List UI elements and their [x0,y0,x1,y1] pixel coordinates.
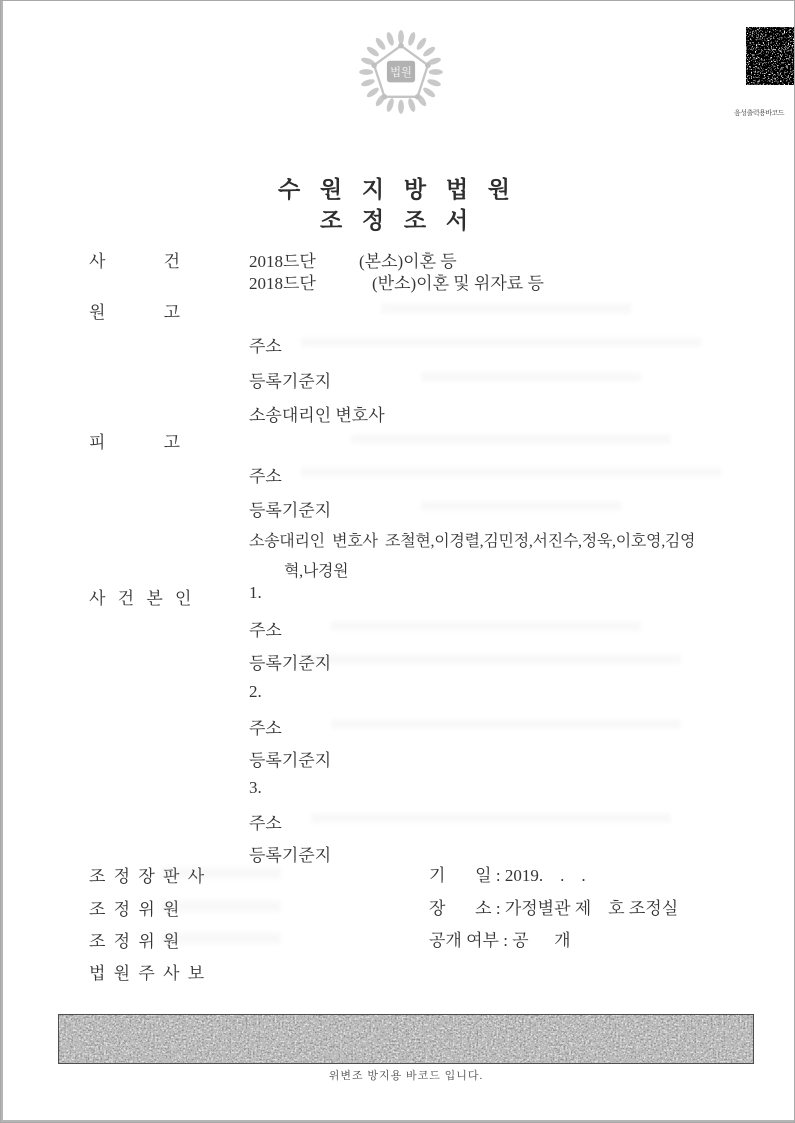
clerk-label: 법 원 주 사 보 [89,959,206,984]
defendant-label: 피 고 [89,428,207,453]
case-number-2: 2018드단 [249,269,316,294]
scan-artifact [421,372,641,382]
plaintiff-counsel-label: 소송대리인 변호사 [249,401,385,426]
case-label: 사 건 [89,247,207,272]
scan-artifact [301,337,701,347]
defendant-address-label: 주소 [249,462,282,487]
defendant-counsel-line1: 소송대리인 변호사 조철현,이경렬,김민정,서진수,정욱,이호영,김영 [249,528,695,551]
scan-artifact [301,467,721,477]
person-2-index: 2. [249,682,262,702]
doc-title: 조 정 조 서 [1,202,794,235]
person-2-address-label: 주소 [249,714,282,739]
session-date: 기 일 : 2019. . . [429,861,586,886]
scan-artifact [331,719,681,729]
plaintiff-registry-label: 등록기준지 [249,367,331,392]
session-public: 공개 여부 : 공 개 [429,926,571,951]
defendant-counsel-line2: 혁,나경원 [284,558,348,581]
barcode-noise-icon [59,1015,753,1063]
scan-artifact [351,434,671,444]
plaintiff-label: 원 고 [89,298,207,323]
person-3-index: 3. [249,778,262,798]
person-1-address-label: 주소 [249,616,282,641]
person-3-registry-label: 등록기준지 [249,841,331,866]
person-2-registry-label: 등록기준지 [249,746,331,771]
scan-artifact [311,813,671,823]
court-title: 수 원 지 방 법 원 [1,171,794,204]
qr-caption: 음성출력용바코드 [730,108,788,118]
scan-artifact [421,501,621,511]
person-3-address-label: 주소 [249,809,282,834]
scan-artifact [381,303,631,314]
case-persons-label: 사 건 본 인 [89,584,195,609]
barcode-caption: 위변조 방지용 바코드 입니다. [58,1067,754,1083]
court-emblem-icon: 법원 [353,25,449,119]
scan-artifact [331,621,641,631]
session-place: 장 소 : 가정별관 제 호 조정실 [429,894,678,919]
defendant-registry-label: 등록기준지 [249,496,331,521]
anti-forgery-barcode [58,1014,754,1064]
qr-code-icon [746,27,795,85]
person-1-index: 1. [249,583,262,603]
case-title-2: (반소)이혼 및 위자료 등 [372,269,544,294]
scan-artifact [161,900,281,912]
scan-artifact [301,654,681,664]
document-page: 법원 음성출력용바코드 수 원 지 방 법 원 조 정 조 [0,0,795,1123]
scan-artifact [161,932,281,944]
qr-block: 음성출력용바코드 [730,9,788,154]
plaintiff-address-label: 주소 [249,332,282,357]
emblem-text: 법원 [390,65,412,79]
scan-artifact [161,867,281,879]
